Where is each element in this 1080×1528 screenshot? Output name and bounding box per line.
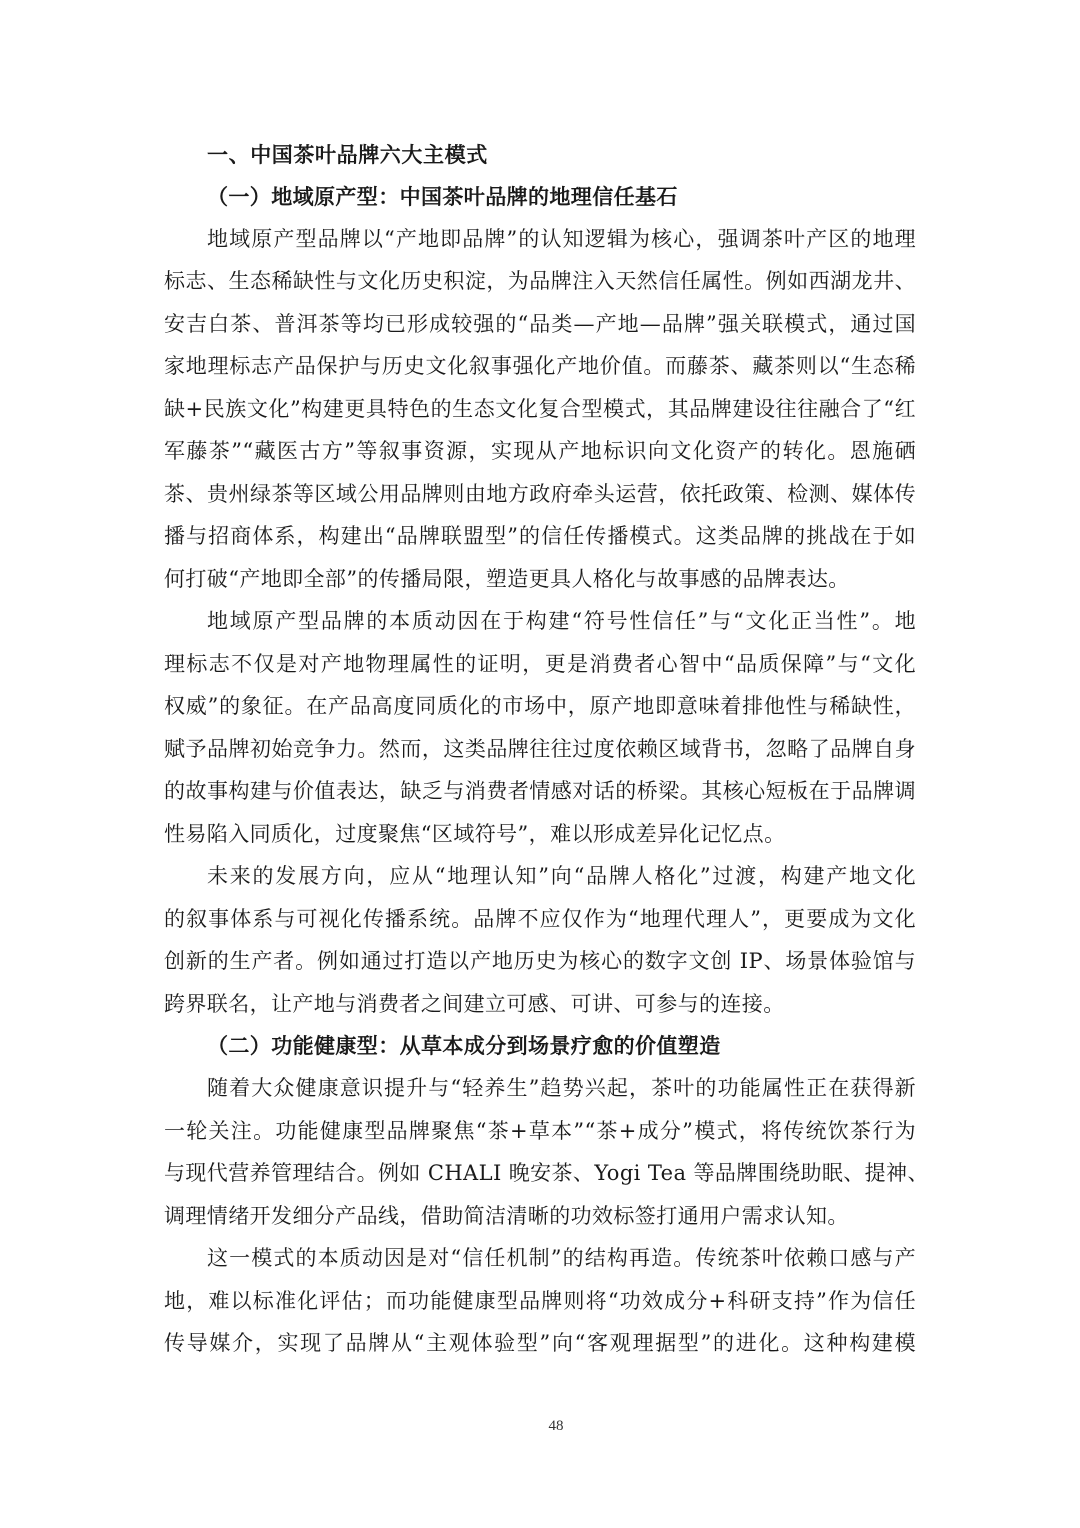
text-line: 传导媒介，实现了品牌从“主观体验型”向“客观理据型”的进化。这种构建模 xyxy=(164,1328,916,1358)
text-line: 性易陷入同质化，过度聚焦“区域符号”，难以形成差异化记忆点。 xyxy=(164,819,916,849)
text-line: 这一模式的本质动因是对“信任机制”的结构再造。传统茶叶依赖口感与产 xyxy=(207,1243,916,1273)
text-line: 地域原产型品牌的本质动因在于构建“符号性信任”与“文化正当性”。地 xyxy=(207,606,916,636)
text-line: 地域原产型品牌以“产地即品牌”的认知逻辑为核心，强调茶叶产区的地理 xyxy=(207,224,916,254)
text-line: 家地理标志产品保护与历史文化叙事强化产地价值。而藤茶、藏茶则以“生态稀 xyxy=(164,351,916,381)
text-line: 缺+民族文化”构建更具特色的生态文化复合型模式，其品牌建设往往融合了“红 xyxy=(164,394,916,424)
text-line: 创新的生产者。例如通过打造以产地历史为核心的数字文创 IP、场景体验馆与 xyxy=(164,946,916,976)
text-line: 赋予品牌初始竞争力。然而，这类品牌往往过度依赖区域背书，忽略了品牌自身 xyxy=(164,734,916,764)
section-heading-1: （一）地域原产型：中国茶叶品牌的地理信任基石 xyxy=(207,182,678,212)
text-line: 何打破“产地即全部”的传播局限，塑造更具人格化与故事感的品牌表达。 xyxy=(164,564,916,594)
text-line: 未来的发展方向，应从“地理认知”向“品牌人格化”过渡，构建产地文化 xyxy=(207,861,916,891)
text-line: 的故事构建与价值表达，缺乏与消费者情感对话的桥梁。其核心短板在于品牌调 xyxy=(164,776,916,806)
text-line: 调理情绪开发细分产品线，借助简洁清晰的功效标签打通用户需求认知。 xyxy=(164,1201,916,1231)
text-line: 地，难以标准化评估；而功能健康型品牌则将“功效成分+科研支持”作为信任 xyxy=(164,1286,916,1316)
text-line: 跨界联名，让产地与消费者之间建立可感、可讲、可参与的连接。 xyxy=(164,989,916,1019)
text-line: 与现代营养管理结合。例如 CHALI 晚安茶、Yogi Tea 等品牌围绕助眠、… xyxy=(164,1158,916,1188)
text-line: 随着大众健康意识提升与“轻养生”趋势兴起，茶叶的功能属性正在获得新 xyxy=(207,1073,916,1103)
page-number: 48 xyxy=(540,1416,572,1436)
text-line: 一轮关注。功能健康型品牌聚焦“茶+草本”“茶+成分”模式，将传统饮茶行为 xyxy=(164,1116,916,1146)
text-line: 权威”的象征。在产品高度同质化的市场中，原产地即意味着排他性与稀缺性， xyxy=(164,691,916,721)
chapter-heading: 一、中国茶叶品牌六大主模式 xyxy=(207,140,488,170)
text-line: 的叙事体系与可视化传播系统。品牌不应仅作为“地理代理人”，更要成为文化 xyxy=(164,904,916,934)
text-line: 茶、贵州绿茶等区域公用品牌则由地方政府牵头运营，依托政策、检测、媒体传 xyxy=(164,479,916,509)
text-line: 播与招商体系，构建出“品牌联盟型”的信任传播模式。这类品牌的挑战在于如 xyxy=(164,521,916,551)
document-page: 一、中国茶叶品牌六大主模式 （一）地域原产型：中国茶叶品牌的地理信任基石 地域原… xyxy=(0,0,1080,1528)
text-line: 军藤茶”“藏医古方”等叙事资源，实现从产地标识向文化资产的转化。恩施硒 xyxy=(164,436,916,466)
text-line: 理标志不仅是对产地物理属性的证明，更是消费者心智中“品质保障”与“文化 xyxy=(164,649,916,679)
section-heading-2: （二）功能健康型：从草本成分到场景疗愈的价值塑造 xyxy=(207,1031,721,1061)
text-line: 标志、生态稀缺性与文化历史积淀，为品牌注入天然信任属性。例如西湖龙井、 xyxy=(164,266,916,296)
text-line: 安吉白茶、普洱茶等均已形成较强的“品类—产地—品牌”强关联模式，通过国 xyxy=(164,309,916,339)
